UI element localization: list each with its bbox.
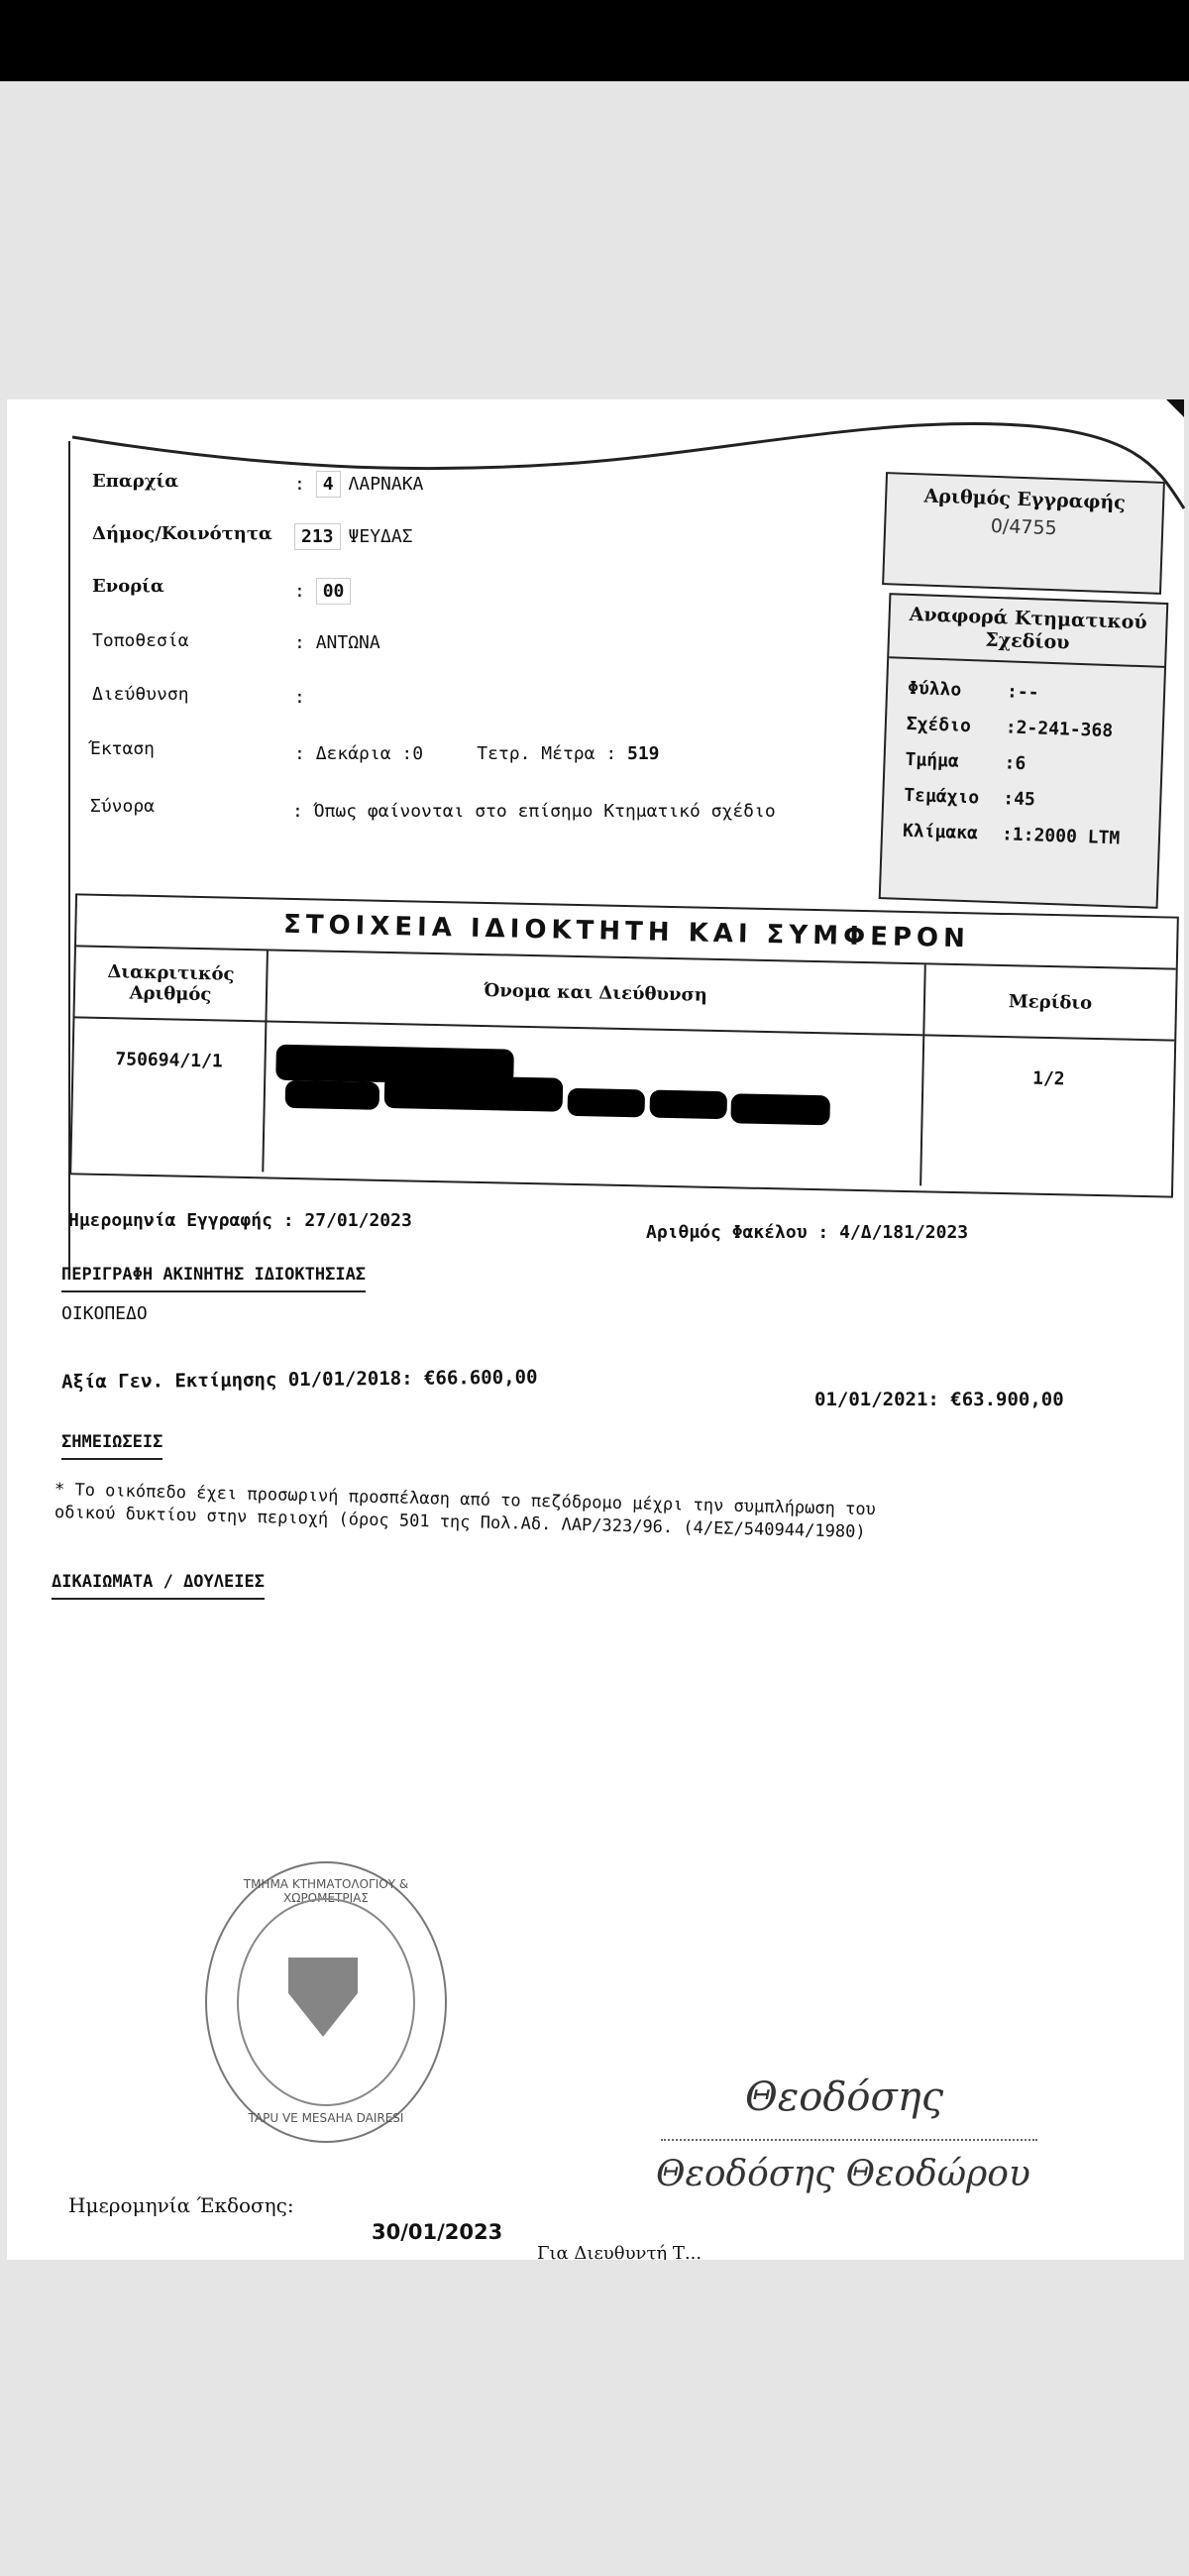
owner-name-address-redacted	[263, 1021, 923, 1185]
registration-date: Ημερομηνία Εγγραφής : 27/01/2023	[68, 1210, 412, 1231]
district-value: : 4ΛΑΡΝΑΚΑ	[294, 471, 423, 498]
official-stamp: ΤΜΗΜΑ ΚΤΗΜΑΤΟΛΟΓΙΟΥ & ΧΩΡΟΜΕΤΡΙΑΣ TAPU V…	[205, 1861, 447, 2143]
district-label: Επαρχία	[92, 471, 178, 492]
valuation-2018: Αξία Γεν. Εκτίμησης 01/01/2018: €66.600,…	[61, 1366, 538, 1393]
registration-number: 0/4755	[886, 511, 1162, 543]
owner-table: Διακριτικός Αριθμός Όνομα και Διεύθυνση …	[71, 947, 1175, 1190]
locality-value: : ΑΝΤΩΝΑ	[294, 632, 380, 653]
col-header-share: Μερίδιο	[923, 964, 1175, 1040]
title-deed-page: Επαρχία : 4ΛΑΡΝΑΚΑ Δήμος/Κοινότητα 213ΨΕ…	[7, 399, 1184, 2260]
redaction-block	[384, 1074, 564, 1112]
redaction-block	[649, 1090, 727, 1120]
plan-reference-rows: Φύλλο:-- Σχέδιο:2-241-368 Τμήμα:6 Τεμάχι…	[882, 658, 1164, 858]
table-row: 750694/1/1 1/2	[71, 1017, 1174, 1190]
issue-date: 30/01/2023	[372, 2220, 502, 2244]
valuation-2021: 01/01/2021: €63.900,00	[814, 1389, 1064, 1410]
col-header-id: Διακριτικός Αριθμός	[74, 947, 267, 1021]
redaction-block	[285, 1080, 380, 1110]
stamp-bottom-text: TAPU VE MESAHA DAIRESI	[207, 2111, 445, 2125]
parish-value: : 00	[294, 578, 359, 605]
plan-reference-title: Αναφορά Κτηματικού Σχεδίου	[889, 595, 1166, 667]
file-number: Αριθμός Φακέλου : 4/Δ/181/2023	[646, 1222, 968, 1243]
parish-label: Ενορία	[92, 576, 164, 597]
address-value: :	[294, 687, 305, 708]
issue-date-label: Ημερομηνία Έκδοσης:	[68, 2193, 294, 2217]
locality-label: Τοποθεσία	[92, 630, 189, 651]
extent-label: Έκταση	[90, 738, 155, 759]
owner-share: 1/2	[920, 1035, 1174, 1190]
redaction-block	[568, 1088, 646, 1118]
signature-line	[661, 2139, 1037, 2141]
status-bar	[0, 0, 1189, 81]
plan-row-scale: Κλίμακα:1:2000 LTM	[902, 813, 1158, 857]
signatory-role: Για Διευθυντή Τ...	[537, 2243, 702, 2260]
plan-reference-box: Αναφορά Κτηματικού Σχεδίου Φύλλο:-- Σχέδ…	[879, 593, 1169, 909]
signatory-name: Θεοδόσης Θεοδώρου	[656, 2154, 1030, 2194]
registration-number-title: Αριθμός Εγγραφής	[887, 484, 1163, 515]
boundaries-value: : Όπως φαίνονται στο επίσημο Κτηματικό σ…	[292, 801, 776, 822]
registration-number-box: Αριθμός Εγγραφής 0/4755	[882, 472, 1165, 595]
redaction-block	[730, 1093, 830, 1125]
address-label: Διεύθυνση	[92, 684, 189, 705]
notes-heading: ΣΗΜΕΙΩΣΕΙΣ	[61, 1432, 162, 1460]
municipality-label: Δήμος/Κοινότητα	[92, 523, 272, 544]
property-description-heading: ΠΕΡΙΓΡΑΦΗ ΑΚΙΝΗΤΗΣ ΙΔΙΟΚΤΗΣΙΑΣ	[61, 1265, 366, 1292]
owner-id: 750694/1/1	[71, 1017, 266, 1172]
extent-value: : Δεκάρια :0 Τετρ. Μέτρα : 519	[294, 743, 660, 764]
boundaries-label: Σύνορα	[90, 796, 155, 817]
owner-section: ΣΤΟΙΧΕΙΑ ΙΔΙΟΚΤΗΤΗ ΚΑΙ ΣΥΜΦΕΡΟΝ Διακριτι…	[69, 893, 1179, 1197]
rights-heading: ΔΙΚΑΙΩΜΑΤΑ / ΔΟΥΛΕΙΕΣ	[52, 1572, 265, 1600]
property-description: ΟΙΚΟΠΕΔΟ	[61, 1303, 148, 1324]
municipality-value: 213ΨΕΥΔΑΣ	[294, 523, 413, 550]
signature: Θεοδόσης	[745, 2074, 943, 2120]
